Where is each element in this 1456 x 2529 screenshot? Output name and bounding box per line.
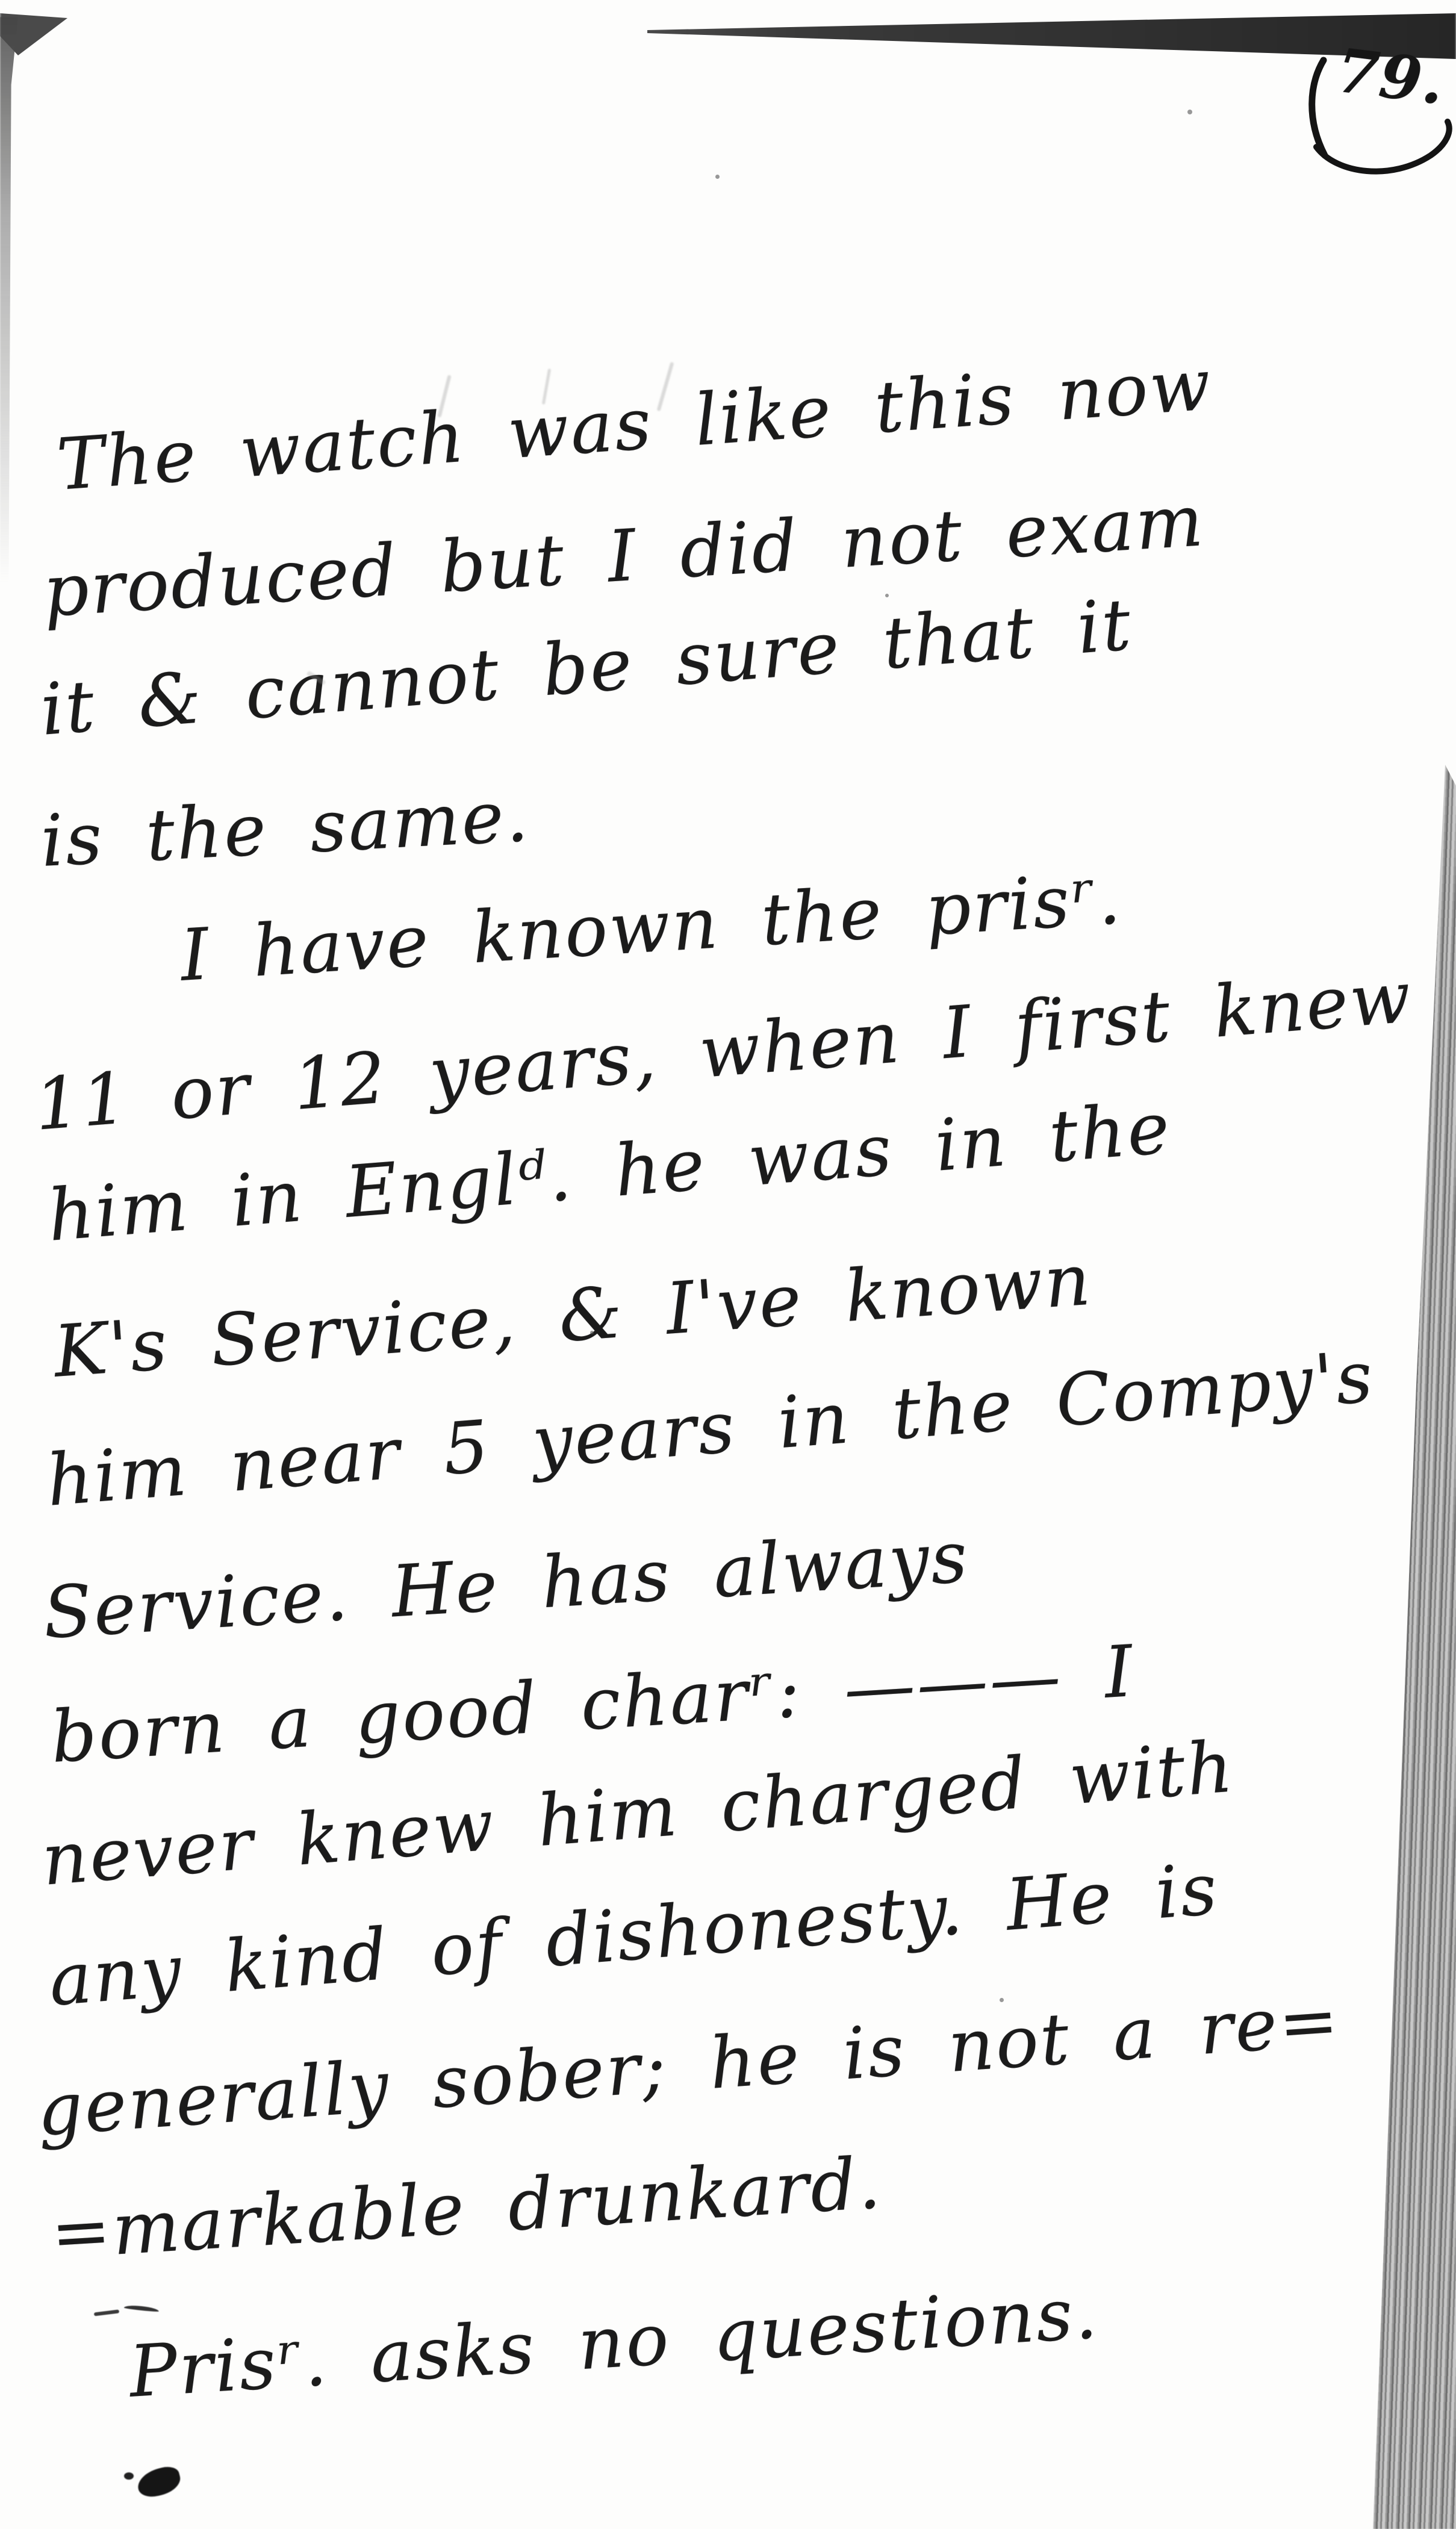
paper-speck <box>1187 110 1192 114</box>
handwritten-line: =markable drunkard. <box>49 2142 885 2275</box>
handwritten-line: I have known the prisʳ. <box>178 858 1124 997</box>
top-left-scan-wedge <box>0 0 78 66</box>
ink-blot-dot <box>124 2472 134 2480</box>
ink-smudge <box>94 2309 119 2316</box>
page-number: 79. <box>1333 34 1449 118</box>
paper-speck <box>715 175 720 179</box>
handwritten-line: is the same. <box>39 776 532 883</box>
handwritten-line: Prisʳ. asks no questions. <box>127 2272 1101 2413</box>
ink-smudge <box>124 2304 159 2312</box>
ink-blot <box>135 2464 184 2500</box>
left-edge-scan-strip <box>0 17 18 583</box>
paper-speck <box>590 1331 594 1334</box>
paper-speck <box>885 594 889 597</box>
paper-speck <box>1000 1998 1004 2002</box>
page-number-block: 79. <box>1277 40 1456 181</box>
scanned-manuscript-page: { "page": { "number_label": "79.", "colo… <box>0 0 1456 2529</box>
handwritten-line: Service. He has always <box>41 1516 971 1654</box>
manuscript-page: 79. The watch was like this now produced… <box>0 0 1456 2529</box>
handwritten-line: The watch was like this now <box>54 344 1215 506</box>
